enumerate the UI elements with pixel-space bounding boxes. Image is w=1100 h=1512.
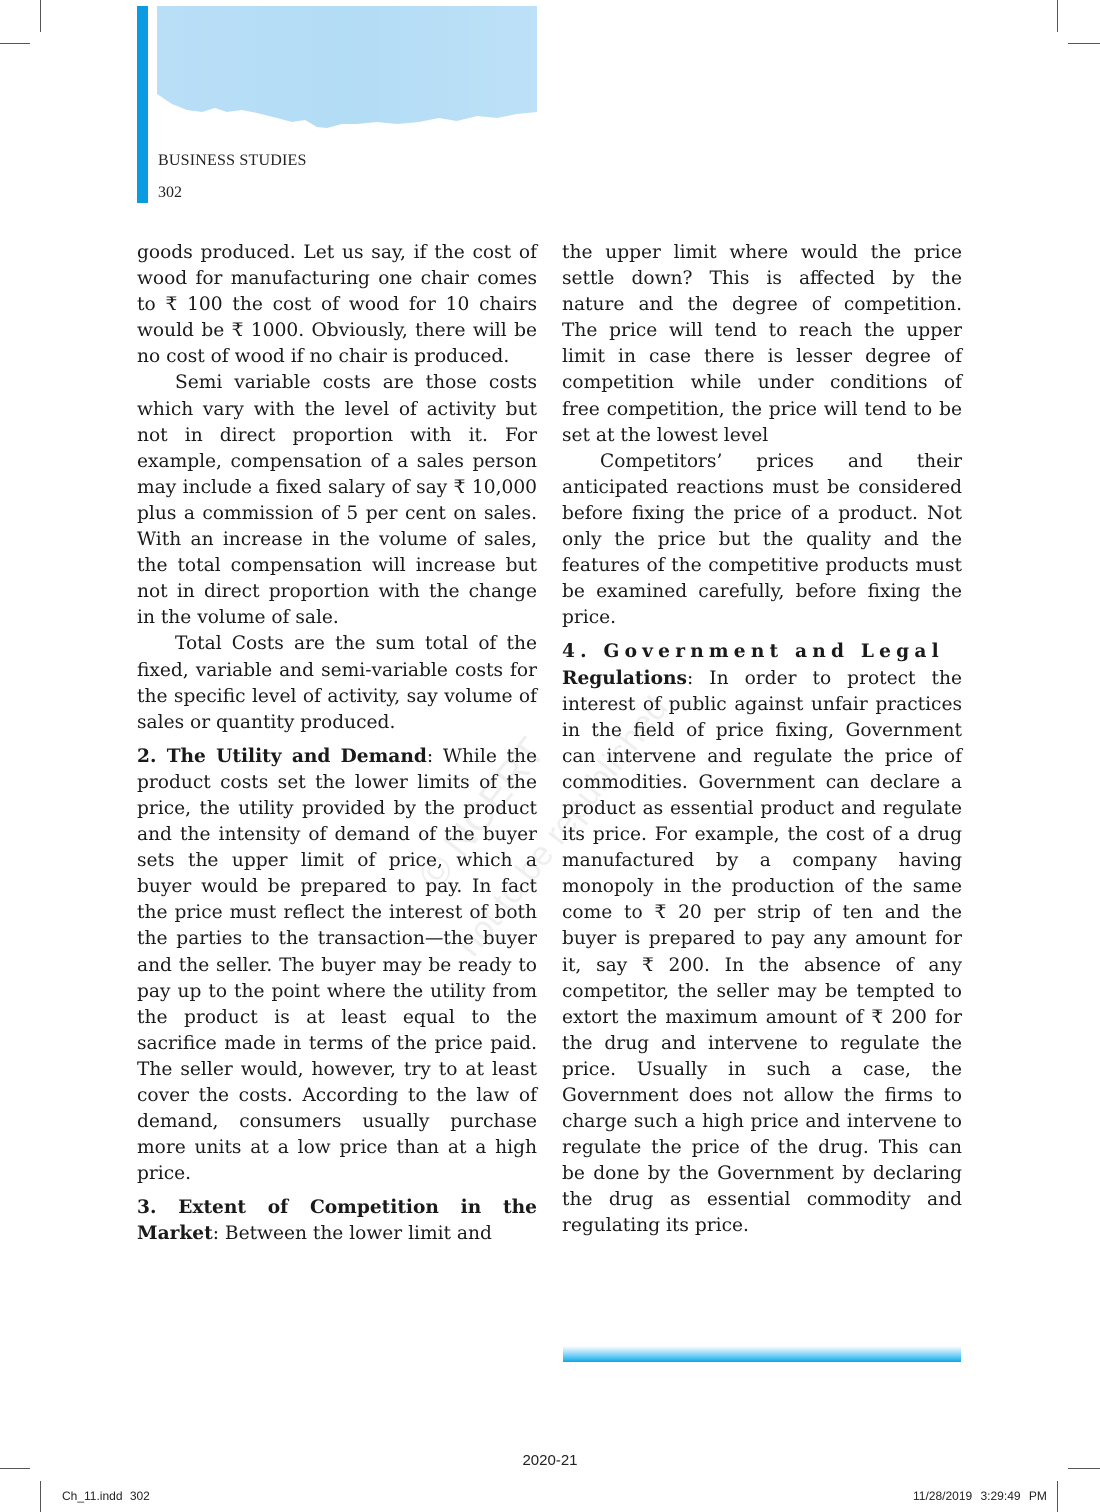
crop-mark-top-right-v xyxy=(1057,0,1058,32)
section-competition: 3. Extent of Competition in the Market: … xyxy=(137,1195,537,1247)
crop-mark-bottom-left-v xyxy=(40,1481,41,1512)
section-body-utility-demand: : While the product costs set the lower … xyxy=(137,746,537,1185)
paragraph-variable-costs-end: goods produced. Let us say, if the cost … xyxy=(137,240,537,370)
crop-mark-top-left-h xyxy=(0,43,30,44)
footer-year: 2020-21 xyxy=(0,1452,1100,1469)
subject-title: BUSINESS STUDIES xyxy=(158,152,307,170)
paragraph-semi-variable-costs: Semi variable costs are those costs whic… xyxy=(137,370,537,631)
right-column: the upper limit where would the price se… xyxy=(562,240,962,1240)
paragraph-competitors-prices: Competitors’ prices and their anticipate… xyxy=(562,449,962,632)
crop-mark-top-right-h xyxy=(1068,43,1100,44)
footer-timestamp: 11/28/2019 3:29:49 PM xyxy=(913,1489,1047,1503)
section-government-regulations: 4. Government and LegalRegulations: In o… xyxy=(562,639,962,1239)
chapter-end-rule xyxy=(563,1346,961,1362)
crop-mark-bottom-right-v xyxy=(1057,1481,1058,1512)
crop-mark-top-left-v xyxy=(40,0,41,32)
section-body-competition: : Between the lower limit and xyxy=(213,1223,492,1244)
section-heading-utility-demand: 2. The Utility and Demand xyxy=(137,746,427,767)
section-utility-demand: 2. The Utility and Demand: While the pro… xyxy=(137,744,537,1188)
paragraph-competition-continued: the upper limit where would the price se… xyxy=(562,240,962,449)
section-heading-government-line2: Regulations xyxy=(562,668,687,689)
section-body-government: : In order to protect the interest of pu… xyxy=(562,668,962,1237)
section-heading-government-line1: 4. Government and Legal xyxy=(562,641,944,662)
footer-file-slug: Ch_11.indd 302 xyxy=(62,1489,150,1503)
paragraph-total-costs: Total Costs are the sum total of the fix… xyxy=(137,631,537,735)
header-torn-paper-graphic xyxy=(157,6,537,131)
page-number: 302 xyxy=(158,184,182,202)
header-accent-bar xyxy=(137,6,148,203)
left-column: goods produced. Let us say, if the cost … xyxy=(137,240,537,1248)
